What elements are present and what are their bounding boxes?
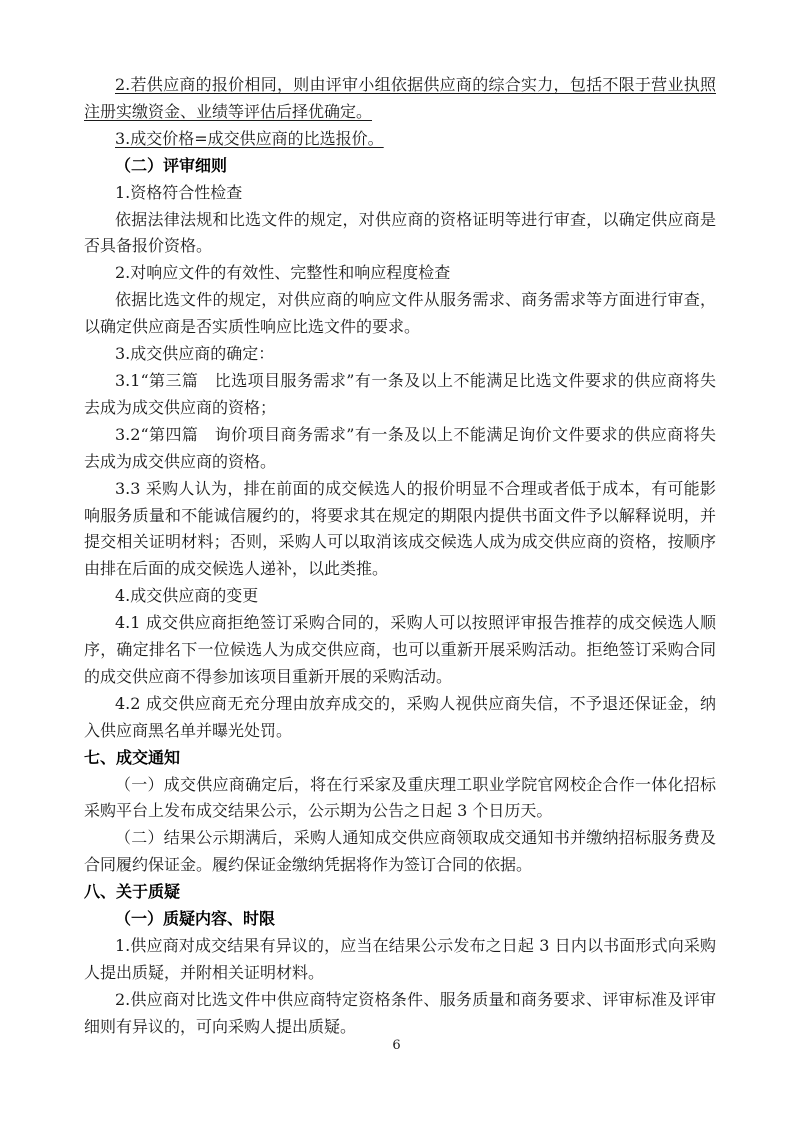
heading-award-notice: 七、成交通知 <box>84 745 716 772</box>
para-challenge-document: 2.供应商对比选文件中供应商特定资格条件、服务质量和商务要求、评审标准及评审细则… <box>84 987 716 1041</box>
heading-challenge-scope: （一）质疑内容、时限 <box>84 906 716 933</box>
para-qualification-check-desc: 依据法律法规和比选文件的规定，对供应商的资格证明等进行审查，以确定供应商是否具备… <box>84 207 716 261</box>
para-tie-breaking-rule: 2.若供应商的报价相同，则由评审小组依据供应商的综合实力，包括不限于营业执照注册… <box>84 72 716 126</box>
para-winner-change-4-2: 4.2 成交供应商无充分理由放弃成交的，采购人视供应商失信，不予退还保证金，纳入… <box>84 691 716 745</box>
heading-review-details: （二）评审细则 <box>84 153 716 180</box>
para-response-check-title: 2.对响应文件的有效性、完整性和响应程度检查 <box>84 260 716 287</box>
para-winner-rule-3-2: 3.2“第四篇 询价项目商务需求”有一条及以上不能满足询价文件要求的供应商将失去… <box>84 422 716 476</box>
para-deal-price-formula: 3.成交价格=成交供应商的比选报价。 <box>84 126 716 153</box>
para-award-notice-issue: （二）结果公示期满后，采购人通知成交供应商领取成交通知书并缴纳招标服务费及合同履… <box>84 825 716 879</box>
para-challenge-result: 1.供应商对成交结果有异议的，应当在结果公示发布之日起 3 日内以书面形式向采购… <box>84 933 716 987</box>
para-qualification-check-title: 1.资格符合性检查 <box>84 180 716 207</box>
para-winner-change-4-1: 4.1 成交供应商拒绝签订采购合同的，采购人可以按照评审报告推荐的成交候选人顺序… <box>84 610 716 691</box>
para-winner-change-title: 4.成交供应商的变更 <box>84 583 716 610</box>
footer-page-number: 6 <box>0 1038 793 1054</box>
para-winner-determination-title: 3.成交供应商的确定： <box>84 341 716 368</box>
para-winner-rule-3-3: 3.3 采购人认为，排在前面的成交候选人的报价明显不合理或者低于成本，有可能影响… <box>84 476 716 584</box>
document-page: 2.若供应商的报价相同，则由评审小组依据供应商的综合实力，包括不限于营业执照注册… <box>0 0 793 1122</box>
heading-challenge: 八、关于质疑 <box>84 879 716 906</box>
para-winner-rule-3-1: 3.1“第三篇 比选项目服务需求”有一条及以上不能满足比选文件要求的供应商将失去… <box>84 368 716 422</box>
document-body: 2.若供应商的报价相同，则由评审小组依据供应商的综合实力，包括不限于营业执照注册… <box>84 72 716 1041</box>
para-response-check-desc: 依据比选文件的规定，对供应商的响应文件从服务需求、商务需求等方面进行审查，以确定… <box>84 287 716 341</box>
para-award-notice-publicity: （一）成交供应商确定后，将在行采家及重庆理工职业学院官网校企合作一体化招标采购平… <box>84 772 716 826</box>
